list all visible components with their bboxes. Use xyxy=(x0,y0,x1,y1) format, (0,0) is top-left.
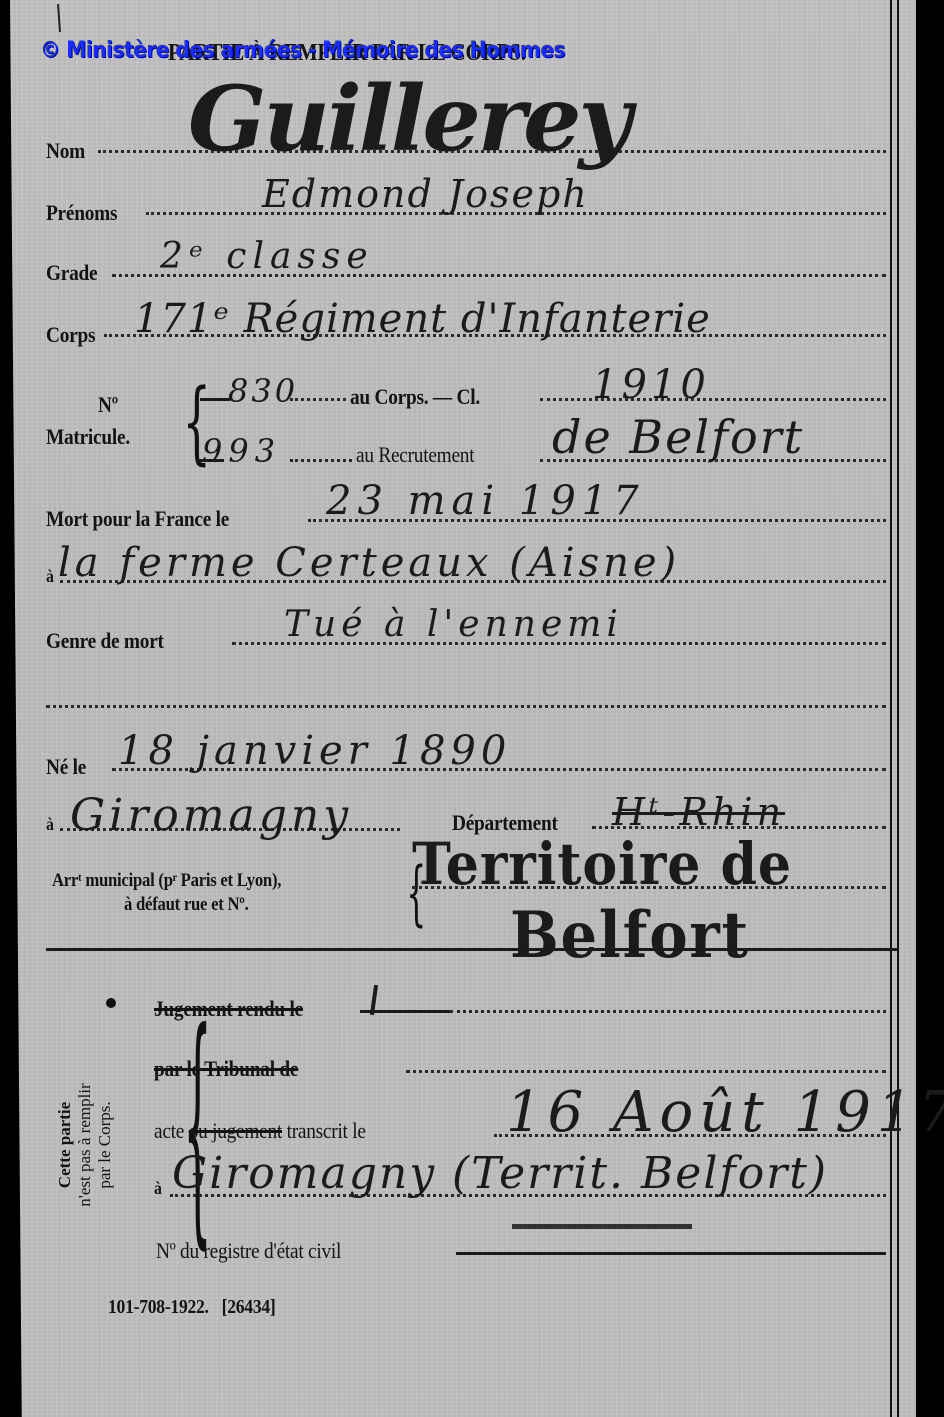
matricule-label: Matricule. xyxy=(46,424,130,450)
classe-value: 1910 xyxy=(592,362,710,408)
frame-rule-inner xyxy=(890,0,892,1417)
copyright-watermark: © Ministère des armées - Mémoire des Hom… xyxy=(40,38,565,63)
lieu-acte-underline xyxy=(512,1224,692,1229)
arrondissement-label-line1: Arrᵗ municipal (pʳ Paris et Lyon), xyxy=(52,870,281,892)
corps-number-value: 830 xyxy=(228,372,298,410)
print-code-value: 101-708-1922. xyxy=(108,1296,209,1318)
bullet-dot xyxy=(106,998,116,1008)
recrutement-number-line xyxy=(290,459,352,462)
section-divider xyxy=(46,948,898,951)
tribunal-line xyxy=(406,1070,886,1073)
lieu-acte-label: à xyxy=(154,1178,162,1199)
naissance-label: Né le xyxy=(46,754,86,780)
mort-label: Mort pour la France le xyxy=(46,506,229,532)
prenoms-label: Prénoms xyxy=(46,200,117,226)
lieu-acte-value: Giromagny (Territ. Belfort) xyxy=(172,1148,828,1199)
recrutement-value: de Belfort xyxy=(552,410,804,464)
naissance-date: 18 janvier 1890 xyxy=(118,728,511,774)
genre-mort-value: Tué à l'ennemi xyxy=(284,604,623,645)
nom-value: Guillerey xyxy=(188,66,629,172)
grade-label: Grade xyxy=(46,260,97,286)
acte-label-a: acte xyxy=(154,1118,184,1143)
departement-struck-value: Hᵗ-Rhin xyxy=(612,790,785,834)
arrondissement-label-line2: à défaut rue et Nº. xyxy=(124,894,248,916)
blank-line xyxy=(46,705,886,708)
civil-side-note: Cette partie n'est pas à remplir par le … xyxy=(55,1035,125,1255)
acte-label-struck: ou jugement xyxy=(189,1118,282,1143)
acte-value: 16 Août 1917 xyxy=(506,1080,944,1145)
genre-mort-label: Genre de mort xyxy=(46,628,164,654)
corps-value: 171ᵉ Régiment d'Infanterie xyxy=(134,296,711,342)
departement-value: Territoire de xyxy=(412,830,792,898)
recrutement-label: au Recrutement xyxy=(356,442,474,468)
mort-date: 23 mai 1917 xyxy=(326,478,645,524)
corps-number-label: au Corps. — Cl. xyxy=(350,384,480,410)
jugement-line xyxy=(450,1010,886,1013)
recrutement-number-value: 993 xyxy=(202,432,281,470)
tribunal-label: par le Tribunal de xyxy=(154,1056,298,1082)
print-code: 101-708-1922. [26434] xyxy=(108,1296,276,1319)
side-note-line1: Cette partie xyxy=(55,1035,75,1255)
corps-label: Corps xyxy=(46,322,95,348)
acte-label: acte ou jugement transcrit le xyxy=(154,1118,366,1144)
corps-number-line xyxy=(290,398,346,401)
acte-label-b: transcrit le xyxy=(287,1118,366,1143)
frame-rule-outer xyxy=(897,0,899,1417)
side-note-line2: n'est pas à remplir xyxy=(75,1035,95,1255)
registre-label: Nº du registre d'état civil xyxy=(156,1238,341,1264)
side-note-line3: par le Corps. xyxy=(95,1035,115,1255)
registre-line xyxy=(456,1252,886,1255)
grade-value: 2ᵉ classe xyxy=(160,236,374,277)
lieu-mort-value: la ferme Certeaux (Aisne) xyxy=(58,540,680,586)
jugement-label: Jugement rendu le xyxy=(154,996,303,1022)
lieu-naissance-value: Giromagny xyxy=(70,790,352,841)
nom-label: Nom xyxy=(46,138,85,164)
corps-number-dash xyxy=(200,398,230,401)
lieu-mort-label: à xyxy=(46,566,54,587)
form-number: [26434] xyxy=(222,1296,276,1318)
prenoms-value: Edmond Joseph xyxy=(262,172,589,216)
matricule-no-label: Nº xyxy=(98,392,118,418)
lieu-naissance-label: à xyxy=(46,814,54,835)
departement-value-line2: Belfort xyxy=(510,898,750,973)
